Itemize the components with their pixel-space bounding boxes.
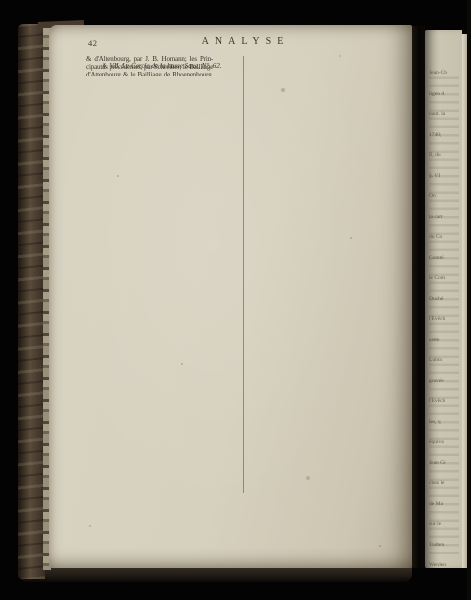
text-block: & d'Altenbourg, par J. B. Homann; les Pr… <box>86 55 405 500</box>
text-line: cipautés précédentes, par Schreiber; le … <box>86 63 213 71</box>
text-line: gravée <box>429 378 460 384</box>
text-line: l'Évêch <box>429 398 460 404</box>
text-line: équiva <box>429 439 460 445</box>
text-line: Comté <box>429 255 460 261</box>
text-line: §. VI <box>429 173 460 179</box>
text-line: Werden <box>429 562 460 568</box>
text-line: le Com <box>429 275 460 281</box>
text-line: 1740; <box>429 132 460 138</box>
text-line: cette <box>429 337 460 343</box>
paper-foxing-specks <box>49 25 51 27</box>
text-line: Lubin <box>429 357 460 363</box>
text-line: nant. la <box>429 111 460 117</box>
book-scan-photo: 42 ANALYSE & d'Altenbourg, par J. B. Hom… <box>0 0 471 600</box>
text-line: Jean Gi <box>429 460 460 466</box>
text-line: On <box>429 193 460 199</box>
left-column: & d'Altenbourg, par J. B. Homann; les Pr… <box>86 55 238 76</box>
text-line: Todten <box>429 542 460 548</box>
text-line: de Ma <box>429 501 460 507</box>
running-header: ANALYSE <box>86 36 405 47</box>
text-line: & d'Altenbourg, par J. B. Homann; les Pr… <box>86 55 213 63</box>
facing-page-edge: Jean-Chligen dnant. la1740;fi, du§. VIOn… <box>425 30 462 568</box>
text-line: la cart <box>429 214 460 220</box>
book-spine-edge <box>18 24 45 579</box>
text-line: Duché <box>429 296 460 302</box>
gutter-shadow <box>412 26 425 568</box>
text-line: fi, du <box>429 152 460 158</box>
text-line: Jean-Ch <box>429 70 460 76</box>
text-line: chez le <box>429 480 460 486</box>
text-line: les, q <box>429 419 460 425</box>
text-line: sur le <box>429 521 460 527</box>
column-divider-rule <box>243 56 244 493</box>
facing-page-text-fragments: Jean-Chligen dnant. la1740;fi, du§. VIOn… <box>429 70 460 568</box>
text-line: l'Évêch <box>429 316 460 322</box>
right-dark-border <box>467 0 471 600</box>
spine-texture <box>18 24 45 579</box>
paragraph-continuation: & d'Altenbourg, par J. B. Homann; les Pr… <box>86 55 213 76</box>
text-line: du Co <box>429 234 460 240</box>
text-line: ligen d <box>429 91 460 97</box>
book-page: 42 ANALYSE & d'Altenbourg, par J. B. Hom… <box>49 25 412 568</box>
